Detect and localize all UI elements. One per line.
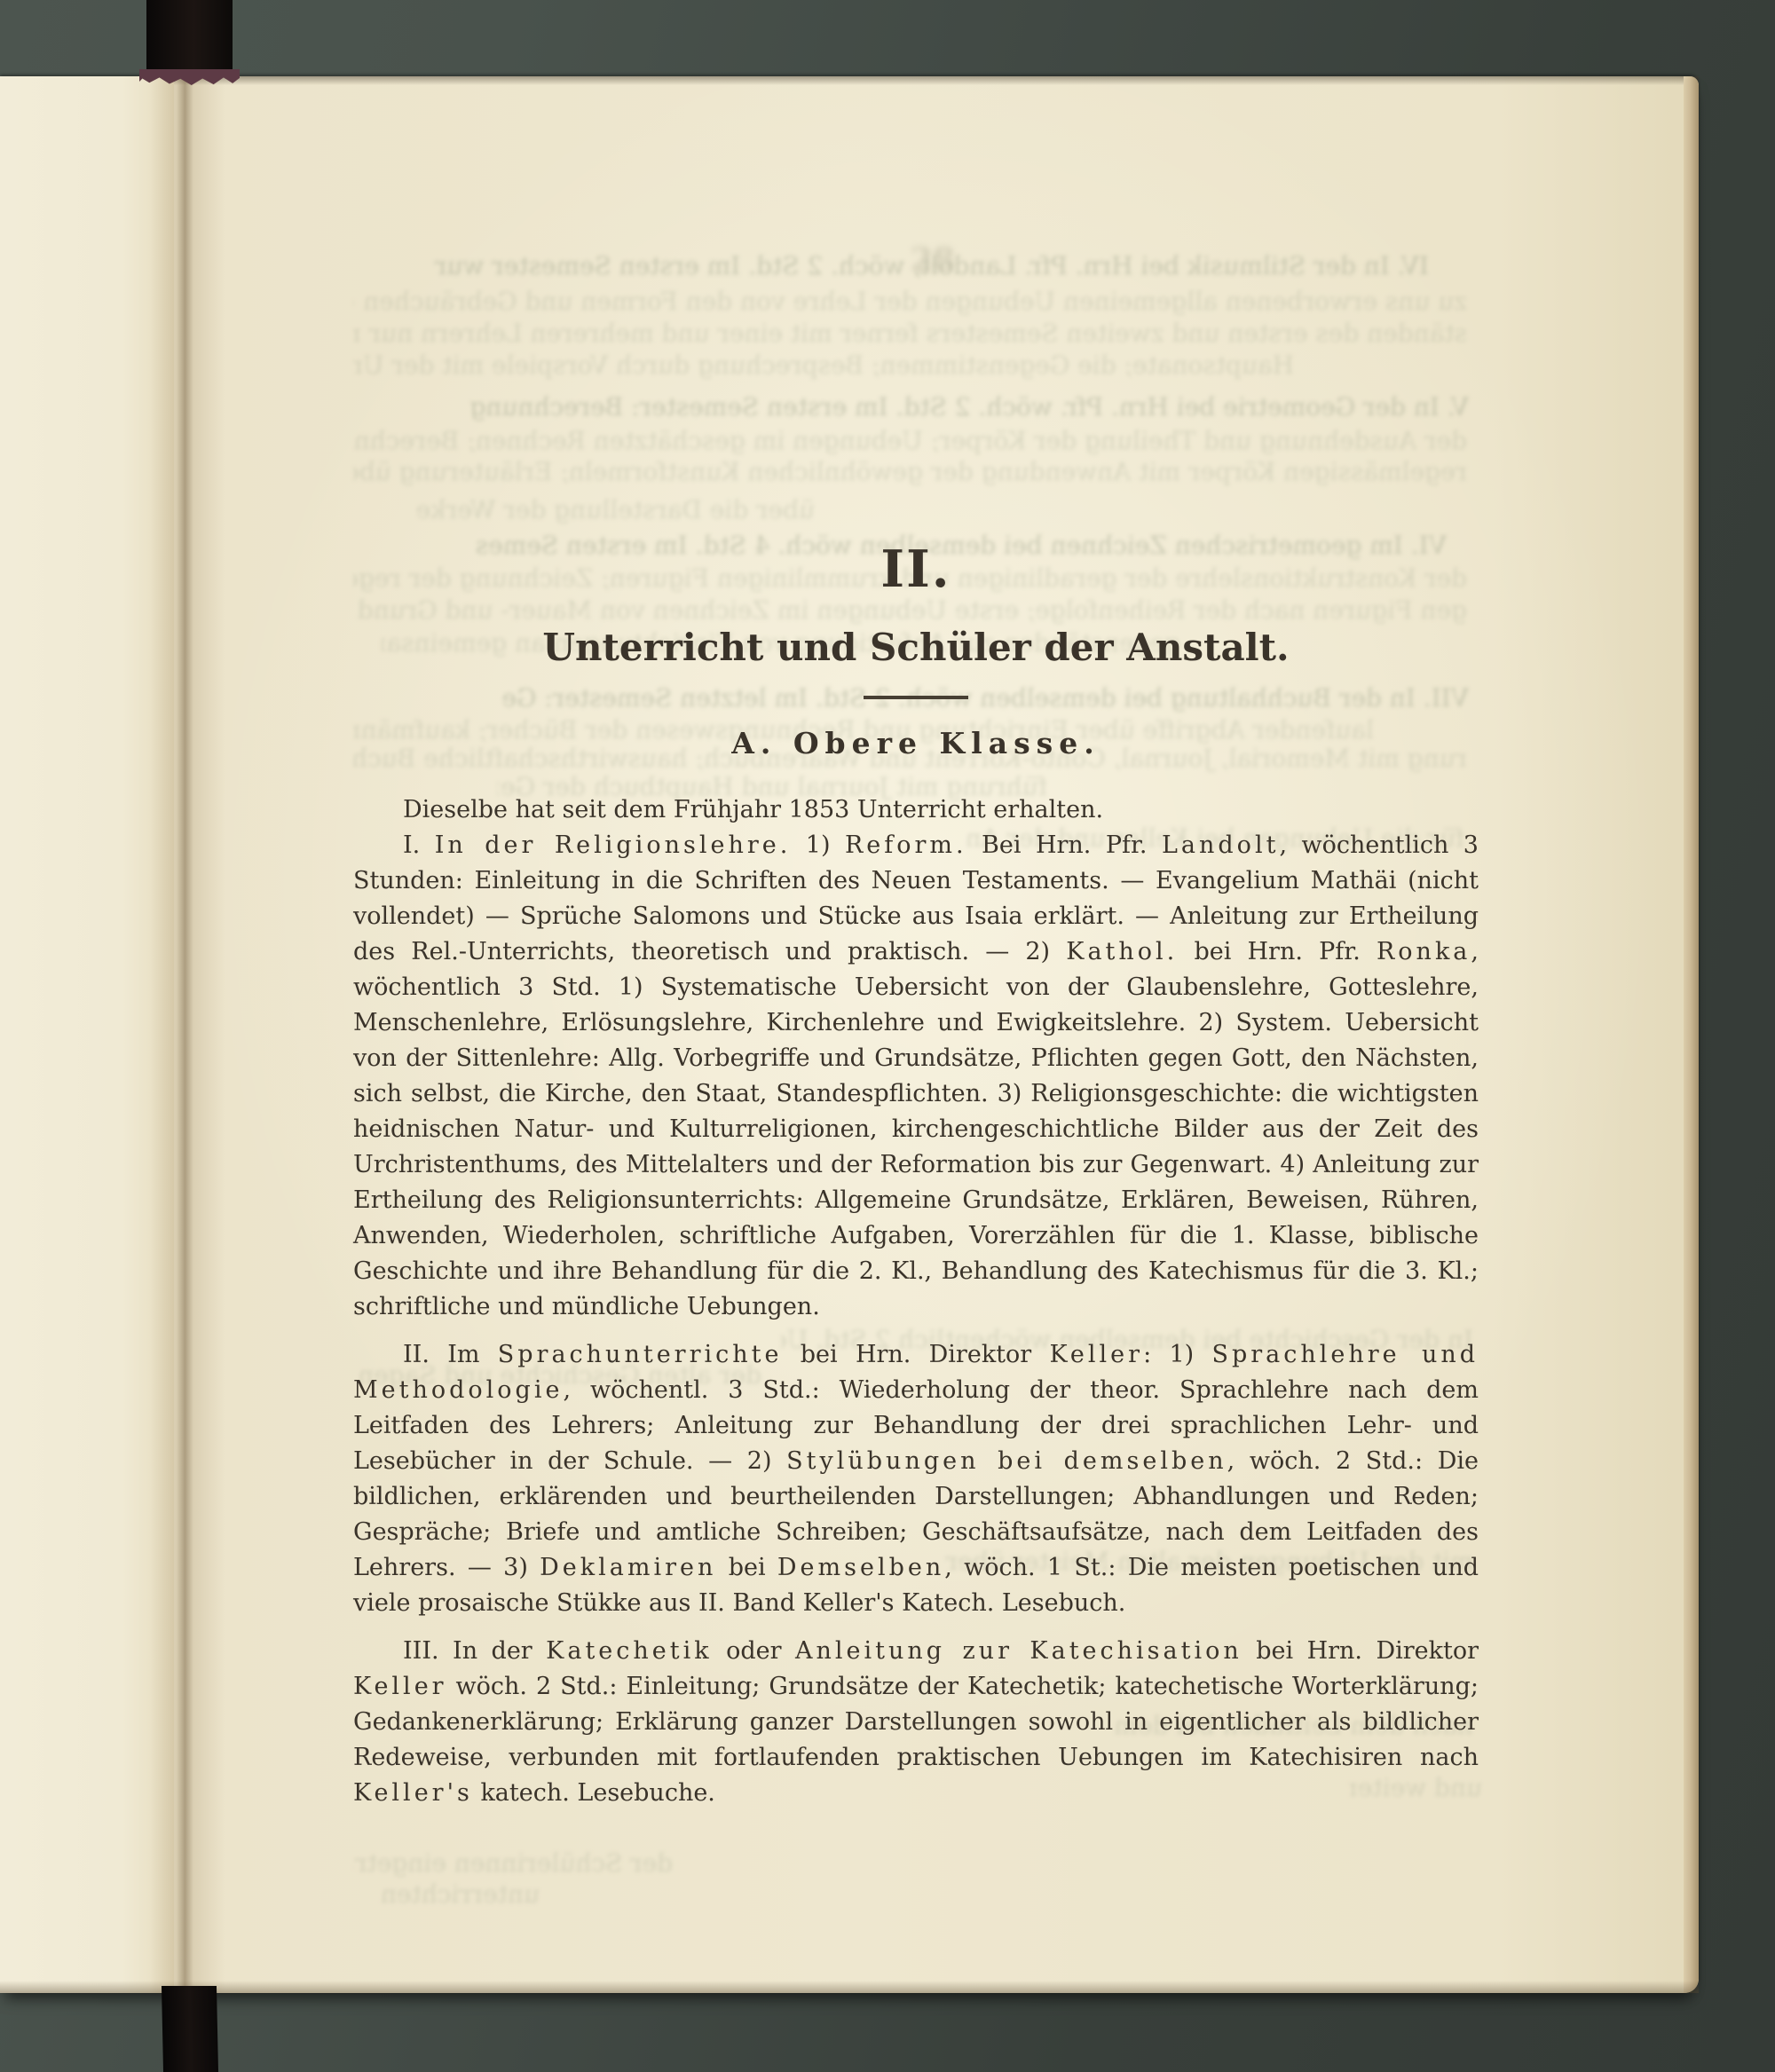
- text-run: katech. Lesebuche.: [473, 1779, 715, 1807]
- letterspaced-run: Ronka: [1377, 938, 1471, 965]
- text-run: bei: [716, 1554, 777, 1581]
- text-run: III. In der: [403, 1637, 546, 1665]
- text-run: Bei Hrn. Pfr.: [967, 831, 1162, 859]
- bookmark-ribbon-bottom: [162, 1986, 218, 2072]
- text-run: II. Im: [403, 1341, 498, 1368]
- letterspaced-run: Anleitung zur Katechisation: [795, 1637, 1242, 1665]
- chapter-title: Unterricht und Schüler der Anstalt.: [353, 626, 1479, 669]
- text-run: bei Hrn. Direktor: [782, 1341, 1049, 1368]
- body-paragraph: II. Im Sprachunterrichte bei Hrn. Direkt…: [353, 1337, 1479, 1621]
- page-edge-stack: [1684, 76, 1699, 1993]
- body-paragraph: I. In der Religionslehre. 1) Reform. Bei…: [353, 828, 1479, 1325]
- title-rule-divider: [864, 696, 968, 699]
- text-run: , wöchentlich 3 Std. 1) Systematische Ue…: [353, 938, 1479, 1320]
- text-run: 1): [791, 831, 845, 859]
- printed-text-column: II. Unterricht und Schüler der Anstalt. …: [353, 76, 1479, 1811]
- letterspaced-run: In der Religionslehre.: [435, 831, 792, 859]
- body-paragraph: III. In der Katechetik oder Anleitung zu…: [353, 1634, 1479, 1811]
- letterspaced-run: Kathol.: [1066, 938, 1178, 965]
- letterspaced-run: Katechetik: [546, 1637, 712, 1665]
- bleedthrough-line: unterrichten: [353, 1881, 540, 1908]
- text-run: oder: [713, 1637, 795, 1665]
- text-run: : 1): [1143, 1341, 1211, 1368]
- text-run: I.: [403, 831, 435, 859]
- letterspaced-run: Stylübungen bei demselben: [786, 1447, 1227, 1475]
- letterspaced-run: Keller: [353, 1673, 447, 1700]
- letterspaced-run: Demselben: [777, 1554, 944, 1581]
- text-run: wöch. 2 Std.: Einleitung; Grundsätze der…: [353, 1673, 1479, 1771]
- letterspaced-run: Keller's: [353, 1779, 473, 1807]
- bookmark-ribbon-top: [146, 0, 233, 73]
- text-run: bei Hrn. Direktor: [1242, 1637, 1479, 1665]
- letterspaced-run: Sprachunterrichte: [498, 1341, 783, 1368]
- book-page: IV. In der Stilmusik bei Hrn. Pfr. Lando…: [0, 76, 1699, 1993]
- body-paragraphs: Dieselbe hat seit dem Frühjahr 1853 Unte…: [353, 792, 1479, 1811]
- text-run: bei Hrn. Pfr.: [1178, 938, 1377, 965]
- text-run: Dieselbe hat seit dem Frühjahr 1853 Unte…: [403, 796, 1103, 823]
- letterspaced-run: Landolt: [1162, 831, 1279, 859]
- body-paragraph: Dieselbe hat seit dem Frühjahr 1853 Unte…: [353, 792, 1479, 828]
- letterspaced-run: Keller: [1049, 1341, 1143, 1368]
- left-page-sliver: [0, 76, 174, 1993]
- bleedthrough-line: der Schülerinnen eingetragen: [353, 1850, 673, 1877]
- letterspaced-run: Deklamiren: [540, 1554, 716, 1581]
- letterspaced-run: Reform.: [845, 831, 967, 859]
- section-heading: A. Obere Klasse.: [353, 726, 1479, 760]
- chapter-numeral: II.: [353, 540, 1479, 599]
- scanned-book-page-photo: IV. In der Stilmusik bei Hrn. Pfr. Lando…: [0, 0, 1775, 2072]
- gutter-crease: [149, 76, 225, 1993]
